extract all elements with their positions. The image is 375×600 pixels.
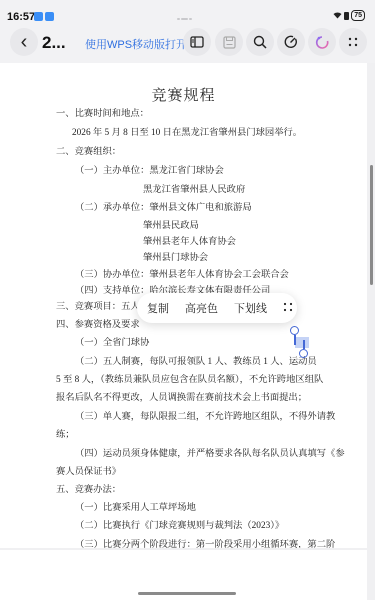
doc-line: 二、竞赛组织： [56,143,121,157]
doc-line: （一）主办单位：黑龙江省门球协会 [75,162,224,176]
back-button[interactable]: ‹ [10,28,38,56]
doc-line: （一）比赛采用人工草坪场地 [75,499,196,513]
doc-line: 四、参赛资格及要求 [56,316,140,330]
underline-menu-item[interactable]: 下划线 [234,300,267,316]
doc-line: （二）承办单位：肇州县文体广电和旅游局 [75,199,252,213]
save-button[interactable] [215,28,243,56]
doc-line: 肇州县门球协会 [143,249,208,263]
selection-start-stem [294,335,296,345]
window-grabber[interactable] [177,7,199,10]
doc-line: 一、比赛时间和地点： [56,105,149,119]
doc-line: 练； [56,426,75,440]
battery-indicator: 75 [351,10,365,21]
save-icon [223,36,236,49]
sidebar-icon [190,36,204,48]
top-toolbar: ‹ 2... 使用WPS移动版打开 [0,28,375,60]
selection-context-menu: 复制 高亮色 下划线 [137,293,297,323]
doc-line: 肇州县老年人体育协会 [143,233,236,247]
doc-line: （一）全省门球协 [75,334,149,348]
scrollbar-thumb[interactable] [370,165,373,285]
doc-line: 黑龙江省肇州县人民政府 [143,181,245,195]
back-icon: ‹ [21,31,28,54]
notification-icon [34,12,43,21]
text-selection-highlight [295,337,309,348]
more-button[interactable] [339,28,367,56]
doc-line: （二）五人制赛，每队可报领队 1 人、教练员 1 人、运动员 [75,353,317,367]
document-heading: 竞赛规程 [0,84,367,105]
selection-end-handle[interactable] [299,349,308,358]
document-title[interactable]: 2... [42,33,66,53]
search-icon [253,35,267,49]
sidebar-button[interactable] [183,28,211,56]
wifi-icon [333,11,342,21]
doc-line: 五、竞赛办法： [56,481,121,495]
doc-line: 肇州县民政局 [143,217,199,231]
doc-line: 赛人员保证书》 [56,463,121,477]
annotate-icon [284,35,298,49]
search-button[interactable] [246,28,274,56]
doc-line: （四）运动员须身体健康，并严格要求各队每名队员认真填写《参 [75,445,345,459]
highlight-menu-item[interactable]: 高亮色 [185,300,218,316]
sim-icon [344,12,349,20]
selection-end-stem [303,340,305,349]
doc-line: 2026 年 5 月 8 日至 10 日在黑龙江省肇州县门球园举行。 [72,124,302,138]
ai-assistant-icon [315,35,330,50]
system-indicators: 75 [333,10,365,21]
doc-line: （二）比赛执行《门球竞赛规则与裁判法（2023）》 [75,517,284,531]
ai-assistant-button[interactable] [308,28,336,56]
scrollbar-track[interactable] [367,63,375,600]
selection-start-handle[interactable] [290,326,299,335]
home-indicator[interactable] [138,592,236,595]
copy-menu-item[interactable]: 复制 [147,300,169,316]
doc-line: （三）单人赛，每队限报二组，不允许跨地区组队，不得外请教 [75,408,335,422]
doc-line: 5 至 8 人，（教练员兼队员应包含在队员名额），不允许跨地区组队 [56,371,323,385]
doc-line: 报名后队名不得更改，人员调换需在赛前技术会上书面提出； [56,389,307,403]
more-options-icon[interactable] [283,302,293,315]
status-bar: 16:57 75 [0,0,375,30]
doc-line: （三）协办单位：肇州县老年人体育协会工会联合会 [75,266,289,280]
open-in-wps-link[interactable]: 使用WPS移动版打开 [85,36,187,52]
more-icon [347,36,359,48]
status-time: 16:57 [7,11,35,23]
annotate-button[interactable] [277,28,305,56]
notification-icon [45,12,54,21]
